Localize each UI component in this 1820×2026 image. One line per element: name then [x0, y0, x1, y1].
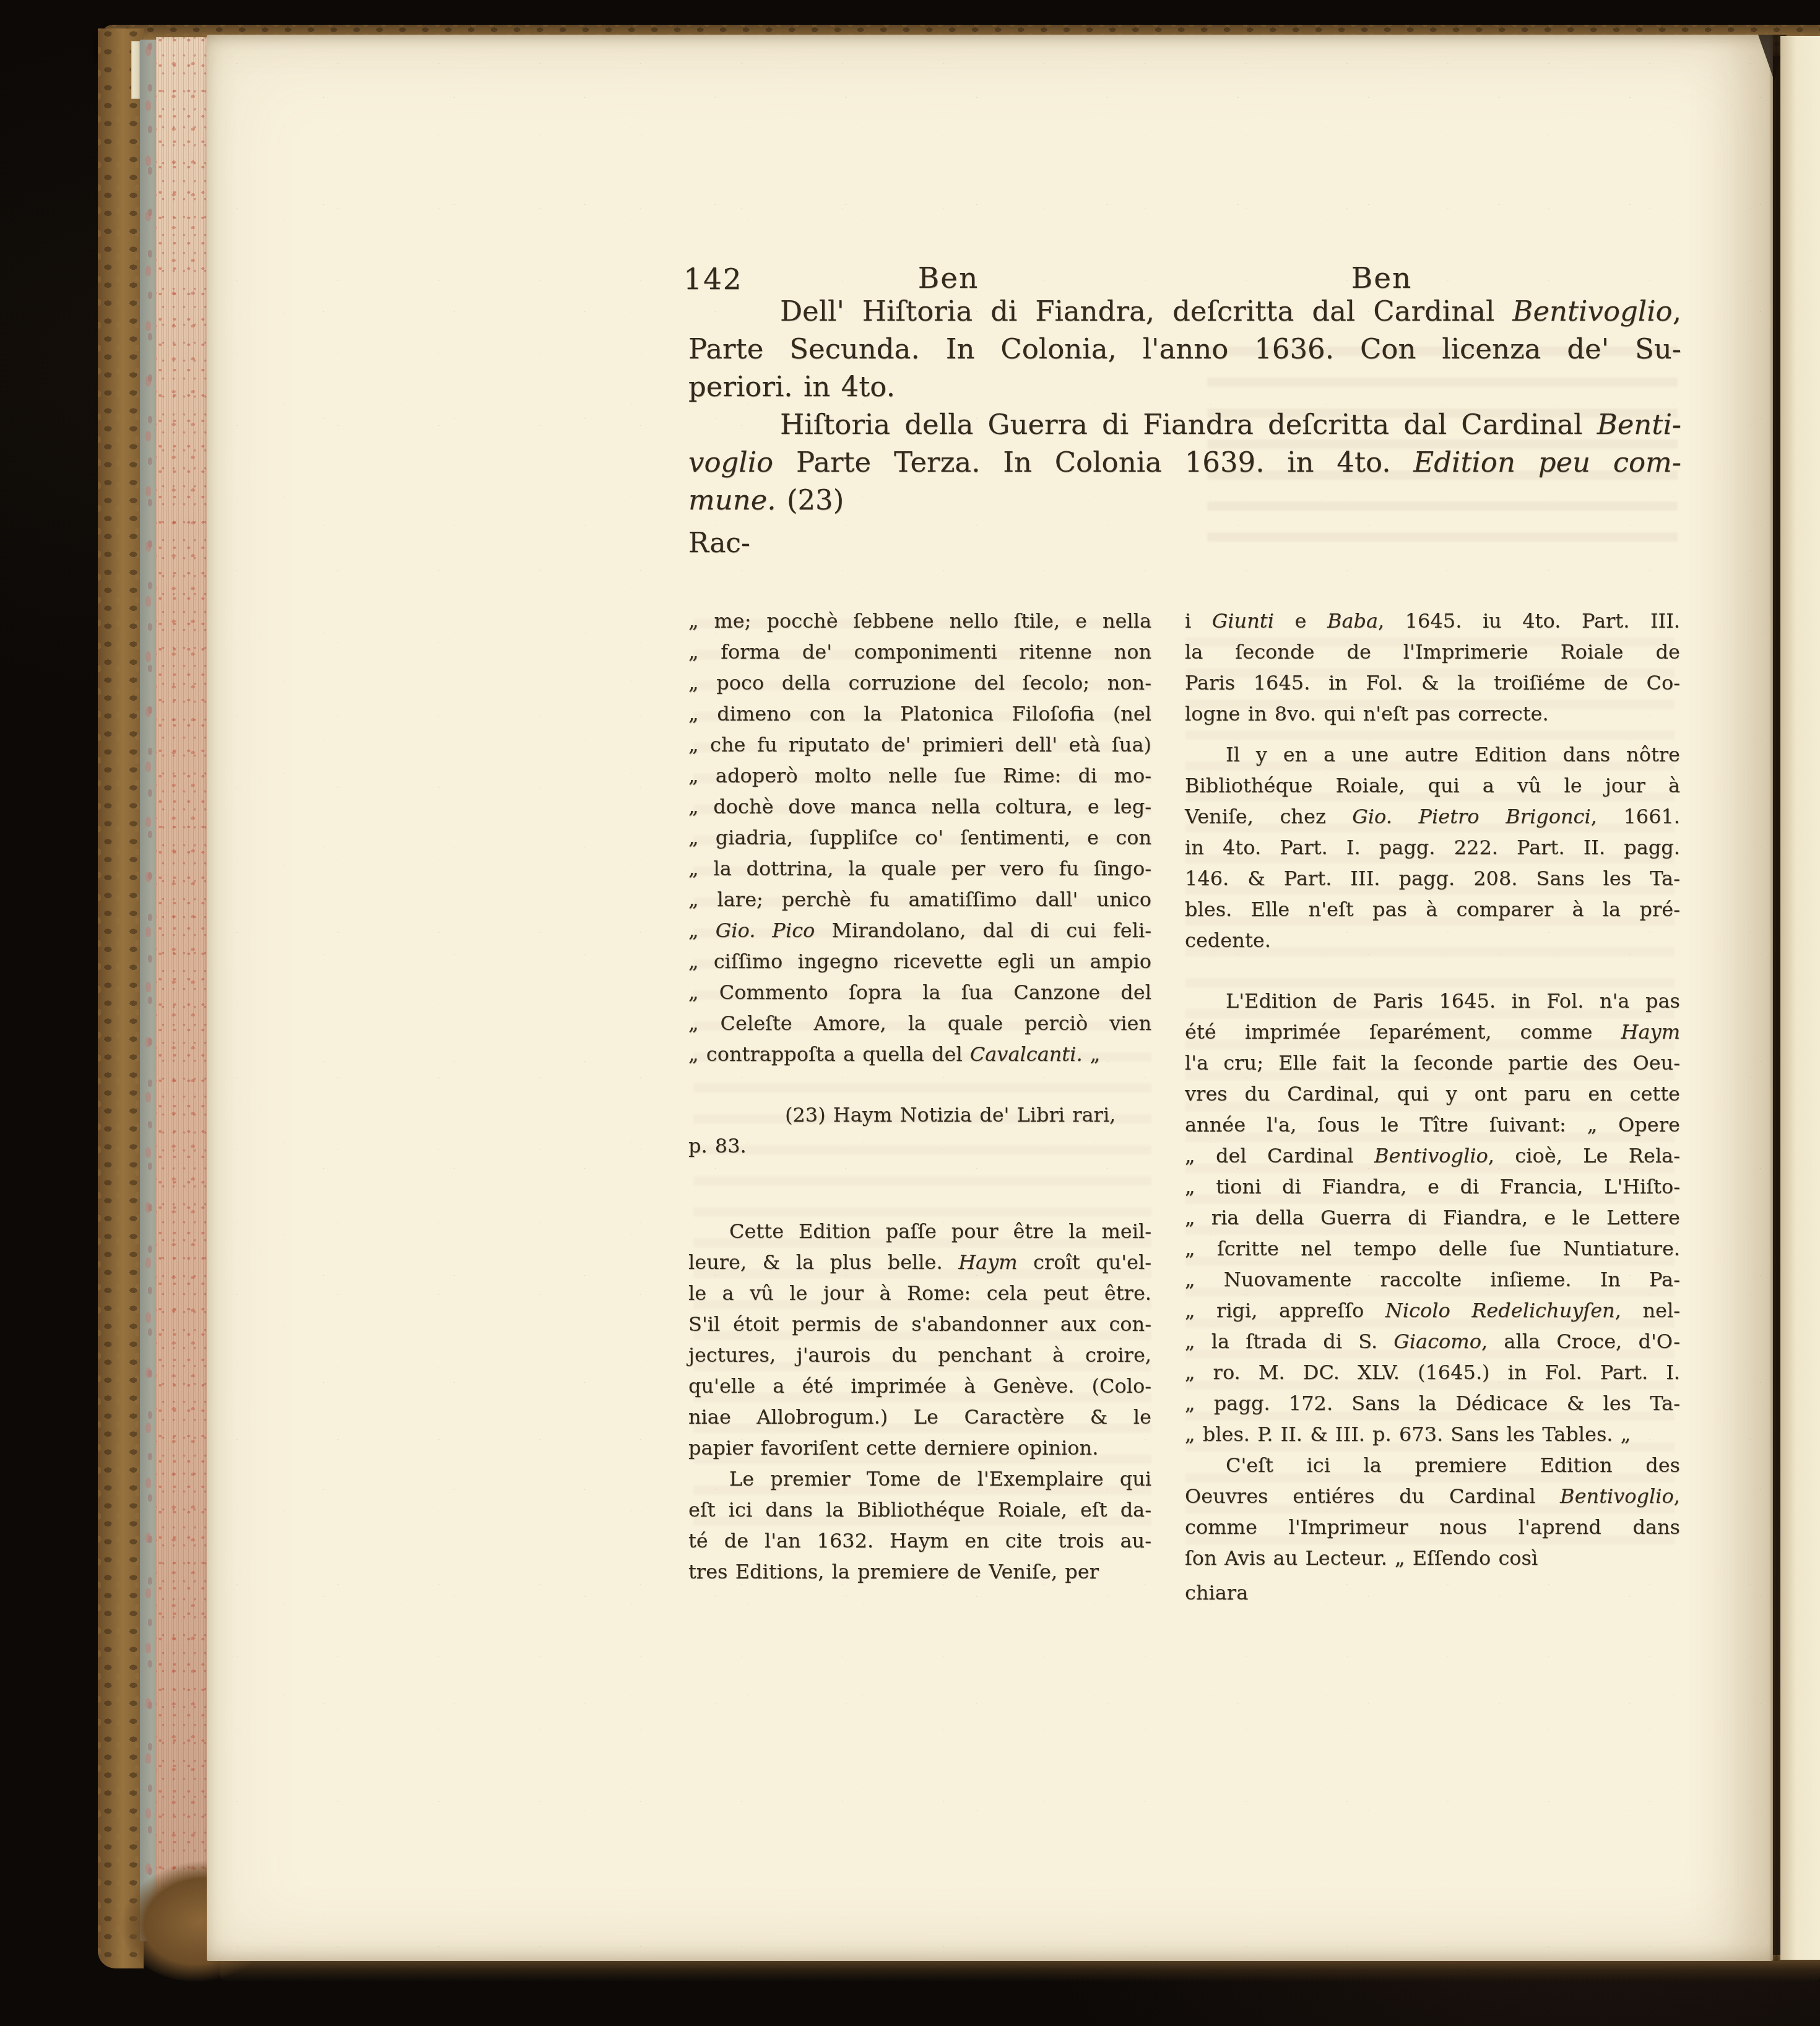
text-line: L'Edition de Paris 1645. in Fol. n'a pas [1185, 985, 1680, 1016]
text-line: „ ciſſimo ingegno ricevette egli un ampi… [688, 946, 1151, 977]
text-line: la ſeconde de l'Imprimerie Roiale de [1185, 636, 1680, 667]
text-line: C'eſt ici la premiere Edition des [1185, 1450, 1680, 1481]
text-line: „ Commento ſopra la ſua Canzone del [688, 977, 1151, 1008]
facing-page-sliver [1780, 36, 1820, 1960]
text-line: „ contrappoſta a quella del Cavalcanti. … [688, 1039, 1151, 1070]
text-line: tres Editions, la premiere de Veniſe, pe… [688, 1556, 1151, 1587]
italic-text: Giunti [1212, 609, 1274, 633]
text-line: „ me; pocchè ſebbene nello ſtile, e nell… [688, 605, 1151, 636]
text-line: „ la dottrina, la quale per vero fu ſing… [688, 853, 1151, 884]
text-line: té de l'an 1632. Haym en cite trois au- [688, 1525, 1151, 1556]
text-line: „ la ſtrada di S. Giacomo, alla Croce, d… [1185, 1326, 1680, 1357]
text-line: ſon Avis au Lecteur. „ Eſſendo così [1185, 1543, 1680, 1574]
text-line: „ dimeno con la Platonica Filoſofia (nel [688, 698, 1151, 729]
text-line: Bibliothéque Roiale, qui a vû le jour à [1185, 770, 1680, 801]
text-line: „ bles. P. II. & III. p. 673. Sans les T… [1185, 1419, 1680, 1450]
text-line: in 4to. Part. I. pagg. 222. Part. II. pa… [1185, 832, 1680, 863]
italic-text: voglio [688, 446, 773, 478]
text-line: p. 83. [688, 1130, 1151, 1161]
text-line: Parte Secunda. In Colonia, l'anno 1636. … [688, 330, 1681, 368]
text-line: comme l'Imprimeur nous l'aprend dans [1185, 1512, 1680, 1543]
text-line: Paris 1645. in Fol. & la troiſiéme de Co… [1185, 667, 1680, 698]
text-line: „ adoperò molto nelle ſue Rime: di mo- [688, 760, 1151, 791]
text-line: Le premier Tome de l'Exemplaire qui [688, 1463, 1151, 1494]
text-line: leure, & la plus belle. Haym croît qu'el… [688, 1247, 1151, 1278]
running-head-left: Ben [880, 264, 1016, 293]
catchword-top: Rac- [688, 524, 1681, 562]
italic-text: Bentivoglio [1512, 295, 1672, 327]
text-line: „ del Cardinal Bentivoglio, cioè, Le Rel… [1185, 1140, 1680, 1171]
headnote-lines: Dell' Hiſtoria di Fiandra, deſcritta dal… [688, 292, 1681, 519]
italic-text: Haym [958, 1250, 1017, 1274]
text-line: jectures, j'aurois du penchant à croire, [688, 1340, 1151, 1370]
bookmark-ribbon [131, 41, 140, 99]
text-line: vres du Cardinal, qui y ont paru en cett… [1185, 1078, 1680, 1109]
text-line: été imprimée ſeparément, comme Haym [1185, 1016, 1680, 1047]
text-line: „ poco della corruzione del ſecolo; non- [688, 667, 1151, 698]
leather-board-left [98, 28, 144, 1968]
text-line: papier favoriſent cette derniere opinion… [688, 1432, 1151, 1463]
text-line: „ dochè dove manca nella coltura, e leg- [688, 791, 1151, 822]
page-number: 142 [683, 265, 743, 294]
text-line: Il y en a une autre Edition dans nôtre [1185, 739, 1680, 770]
text-line: qu'elle a été imprimée à Genève. (Colo- [688, 1370, 1151, 1401]
book-photo-scene: 142 Ben Ben Dell' Hiſtoria di Fiandra, d… [0, 0, 1820, 2026]
text-line: „ Celeſte Amore, la quale perciò vien [688, 1008, 1151, 1039]
gutter-crease [1769, 35, 1780, 1961]
headnote-entries: Dell' Hiſtoria di Fiandra, deſcritta dal… [688, 292, 1681, 562]
text-line: Hiſtoria della Guerra di Fiandra deſcrit… [688, 405, 1681, 443]
text-line: „ ſcritte nel tempo delle ſue Nuntiature… [1185, 1233, 1680, 1264]
italic-text: Baba [1327, 609, 1378, 633]
italic-text: mune. [688, 483, 776, 516]
italic-text: Giacomo [1393, 1330, 1481, 1353]
text-line: (23) Haym Notizia de' Libri rari, [688, 1099, 1151, 1130]
catchword-bottom: chiara [1185, 1577, 1680, 1608]
text-line: „ ro. M. DC. XLV. (1645.) in Fol. Part. … [1185, 1357, 1680, 1388]
text-line: logne in 8vo. qui n'eſt pas correcte. [1185, 698, 1680, 729]
italic-text: Bentivoglio [1560, 1484, 1674, 1508]
text-line: „ Gio. Pico Mirandolano, dal di cui feli… [688, 915, 1151, 946]
text-line: année l'a, ſous le Tître ſuivant: „ Oper… [1185, 1109, 1680, 1140]
italic-text: Gio. Pico [716, 919, 815, 942]
running-head-right: Ben [1314, 264, 1450, 293]
text-line: cedente. [1185, 925, 1680, 956]
italic-text: Gio. Pietro Brigonci [1352, 805, 1590, 828]
text-line: „ lare; perchè fu amatiſſimo dall' unico [688, 884, 1151, 915]
text-line: „ forma de' componimenti ritenne non [688, 636, 1151, 667]
text-line: periori. in 4to. [688, 368, 1681, 405]
column-left-lines: „ me; pocchè ſebbene nello ſtile, e nell… [688, 605, 1151, 1587]
text-line: i Giunti e Baba, 1645. iu 4to. Part. III… [1185, 605, 1680, 636]
text-line: „ pagg. 172. Sans la Dédicace & les Ta- [1185, 1388, 1680, 1419]
text-line: bles. Elle n'eſt pas à comparer à la pré… [1185, 894, 1680, 925]
italic-text: Edition peu com- [1413, 446, 1681, 478]
text-line: „ rigi, appreſſo Nicolo Redelichuyſen, n… [1185, 1295, 1680, 1326]
italic-text: Haym [1621, 1020, 1680, 1044]
text-line: mune. (23) [688, 481, 1681, 519]
text-line: niae Allobrogum.) Le Caractère & le [688, 1401, 1151, 1432]
text-line: le a vû le jour à Rome: cela peut être. [688, 1278, 1151, 1309]
text-line: „ Nuovamente raccolte inſieme. In Pa- [1185, 1264, 1680, 1295]
text-line: Dell' Hiſtoria di Fiandra, deſcritta dal… [688, 292, 1681, 330]
text-line: 146. & Part. III. pagg. 208. Sans les Ta… [1185, 863, 1680, 894]
text-line: „ ria della Guerra di Fiandra, e le Lett… [1185, 1202, 1680, 1233]
italic-text: Cavalcanti. [970, 1042, 1083, 1066]
text-line: Veniſe, chez Gio. Pietro Brigonci, 1661. [1185, 801, 1680, 832]
text-line: l'a cru; Elle fait la ſeconde partie des… [1185, 1047, 1680, 1078]
text-line: Cette Edition paſſe pour être la meil- [688, 1216, 1151, 1247]
page-block-fore-edge [156, 37, 209, 1956]
column-left: „ me; pocchè ſebbene nello ſtile, e nell… [688, 605, 1151, 1587]
column-right-lines: i Giunti e Baba, 1645. iu 4to. Part. III… [1185, 605, 1680, 1574]
text-line: „ giadria, ſuppliſce co' ſentimenti, e c… [688, 822, 1151, 853]
text-line: „ tioni di Fiandra, e di Francia, L'Hiſt… [1185, 1171, 1680, 1202]
text-line: eſt ici dans la Bibliothéque Roiale, eſt… [688, 1494, 1151, 1525]
text-line: voglio Parte Terza. In Colonia 1639. in … [688, 443, 1681, 481]
text-line: Oeuvres entiéres du Cardinal Bentivoglio… [1185, 1481, 1680, 1512]
text-line: S'il étoit permis de s'abandonner aux co… [688, 1309, 1151, 1340]
text-line: „ che fu riputato de' primieri dell' età… [688, 729, 1151, 760]
italic-text: Nicolo Redelichuyſen [1385, 1299, 1615, 1322]
italic-text: Bentivoglio [1374, 1144, 1488, 1167]
column-right: i Giunti e Baba, 1645. iu 4to. Part. III… [1185, 605, 1680, 1608]
italic-text: Benti- [1597, 408, 1681, 441]
